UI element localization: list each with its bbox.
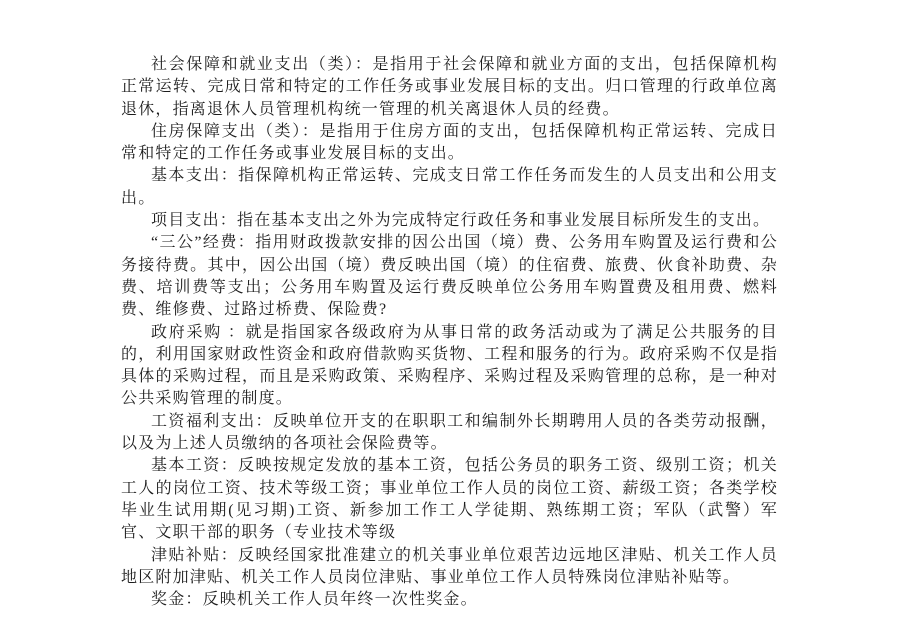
para-social-security-employment-expenditure: 社会保障和就业支出（类）：是指用于社会保障和就业方面的支出，包括保障机构正常运转… (121, 54, 778, 121)
para-government-procurement: 政府采购 ：就是指国家各级政府为从事日常的政务活动或为了满足公共服务的目的，利用… (121, 322, 778, 411)
para-wage-welfare-expenditure: 工资福利支出：反映单位开支的在职职工和编制外长期聘用人员的各类劳动报酬，以及为上… (121, 411, 778, 456)
para-basic-expenditure: 基本支出：指保障机构正常运转、完成支日常工作任务而发生的人员支出和公用支出。 (121, 165, 778, 210)
para-annual-bonus: 奖金：反映机关工作人员年终一次性奖金。 (121, 589, 778, 611)
para-basic-wage: 基本工资：反映按规定发放的基本工资，包括公务员的职务工资、级别工资；机关工人的岗… (121, 455, 778, 544)
para-housing-security-expenditure: 住房保障支出（类）：是指用于住房方面的支出，包括保障机构正常运转、完成日常和特定… (121, 121, 778, 166)
para-allowances-subsidies: 津贴补贴：反映经国家批准建立的机关事业单位艰苦边远地区津贴、机关工作人员地区附加… (121, 545, 778, 590)
document-page: 社会保障和就业支出（类）：是指用于社会保障和就业方面的支出，包括保障机构正常运转… (121, 54, 778, 611)
para-three-public-funds: “三公”经费：指用财政拨款安排的因公出国（境）费、公务用车购置及运行费和公务接待… (121, 232, 778, 321)
para-project-expenditure: 项目支出：指在基本支出之外为完成特定行政任务和事业发展目标所发生的支出。 (121, 210, 778, 232)
